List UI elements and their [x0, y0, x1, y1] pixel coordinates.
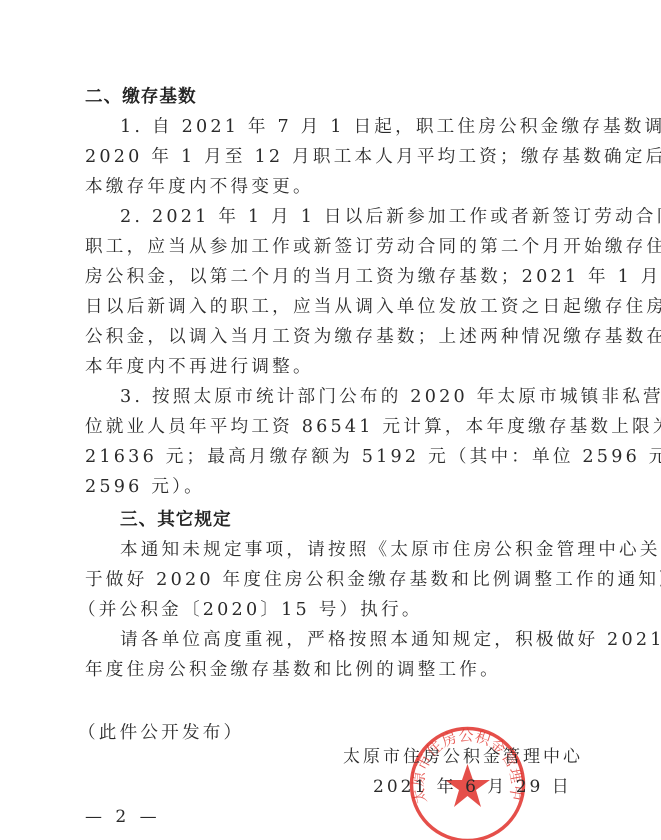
signature-organization: 太原市住房公积金管理中心	[343, 742, 583, 772]
paragraph-line: 21636 元；最高月缴存额为 5192 元（其中：单位 2596 元，个人	[85, 442, 607, 472]
paragraph-line: 3. 按照太原市统计部门公布的 2020 年太原市城镇非私营单	[120, 382, 607, 412]
paragraph-line: 公积金，以调入当月工资为缴存基数；上述两种情况缴存基数在	[85, 322, 607, 352]
paragraph-line: 2596 元）。	[85, 472, 607, 502]
paragraph-line: 房公积金，以第二个月的当月工资为缴存基数；2021 年 1 月 1	[85, 262, 607, 292]
paragraph-line: 2020 年 1 月至 12 月职工本人月平均工资；缴存基数确定后，在	[85, 142, 607, 172]
document-page: 二、缴存基数 1. 自 2021 年 7 月 1 日起，职工住房公积金缴存基数调…	[0, 0, 661, 840]
paragraph-line: 本年度内不再进行调整。	[85, 352, 607, 382]
paragraph-line: 请各单位高度重视，严格按照本通知规定，积极做好 2021	[120, 625, 607, 655]
paragraph-line: 2. 2021 年 1 月 1 日以后新参加工作或者新签订劳动合同的	[120, 202, 607, 232]
section-heading-3: 三、其它规定	[120, 505, 642, 535]
paragraph-line: 职工，应当从参加工作或新签订劳动合同的第二个月开始缴存住	[85, 232, 607, 262]
paragraph-line: 日以后新调入的职工，应当从调入单位发放工资之日起缴存住房	[85, 292, 607, 322]
paragraph-line: 1. 自 2021 年 7 月 1 日起，职工住房公积金缴存基数调整为	[120, 112, 607, 142]
paragraph-line: （并公积金〔2020〕15 号）执行。	[78, 595, 600, 625]
paragraph-line: 本缴存年度内不得变更。	[85, 172, 607, 202]
paragraph-line: 本通知未规定事项，请按照《太原市住房公积金管理中心关	[120, 535, 607, 565]
paragraph-line: 年度住房公积金缴存基数和比例的调整工作。	[85, 655, 607, 685]
signature-date: 2021 年 6 月 29 日	[373, 772, 572, 802]
page-number: — 2 —	[85, 802, 161, 832]
section-heading-2: 二、缴存基数	[85, 82, 607, 112]
paragraph-line: 位就业人员年平均工资 86541 元计算，本年度缴存基数上限为	[85, 412, 607, 442]
paragraph-line: 于做好 2020 年度住房公积金缴存基数和比例调整工作的通知》	[85, 565, 607, 595]
